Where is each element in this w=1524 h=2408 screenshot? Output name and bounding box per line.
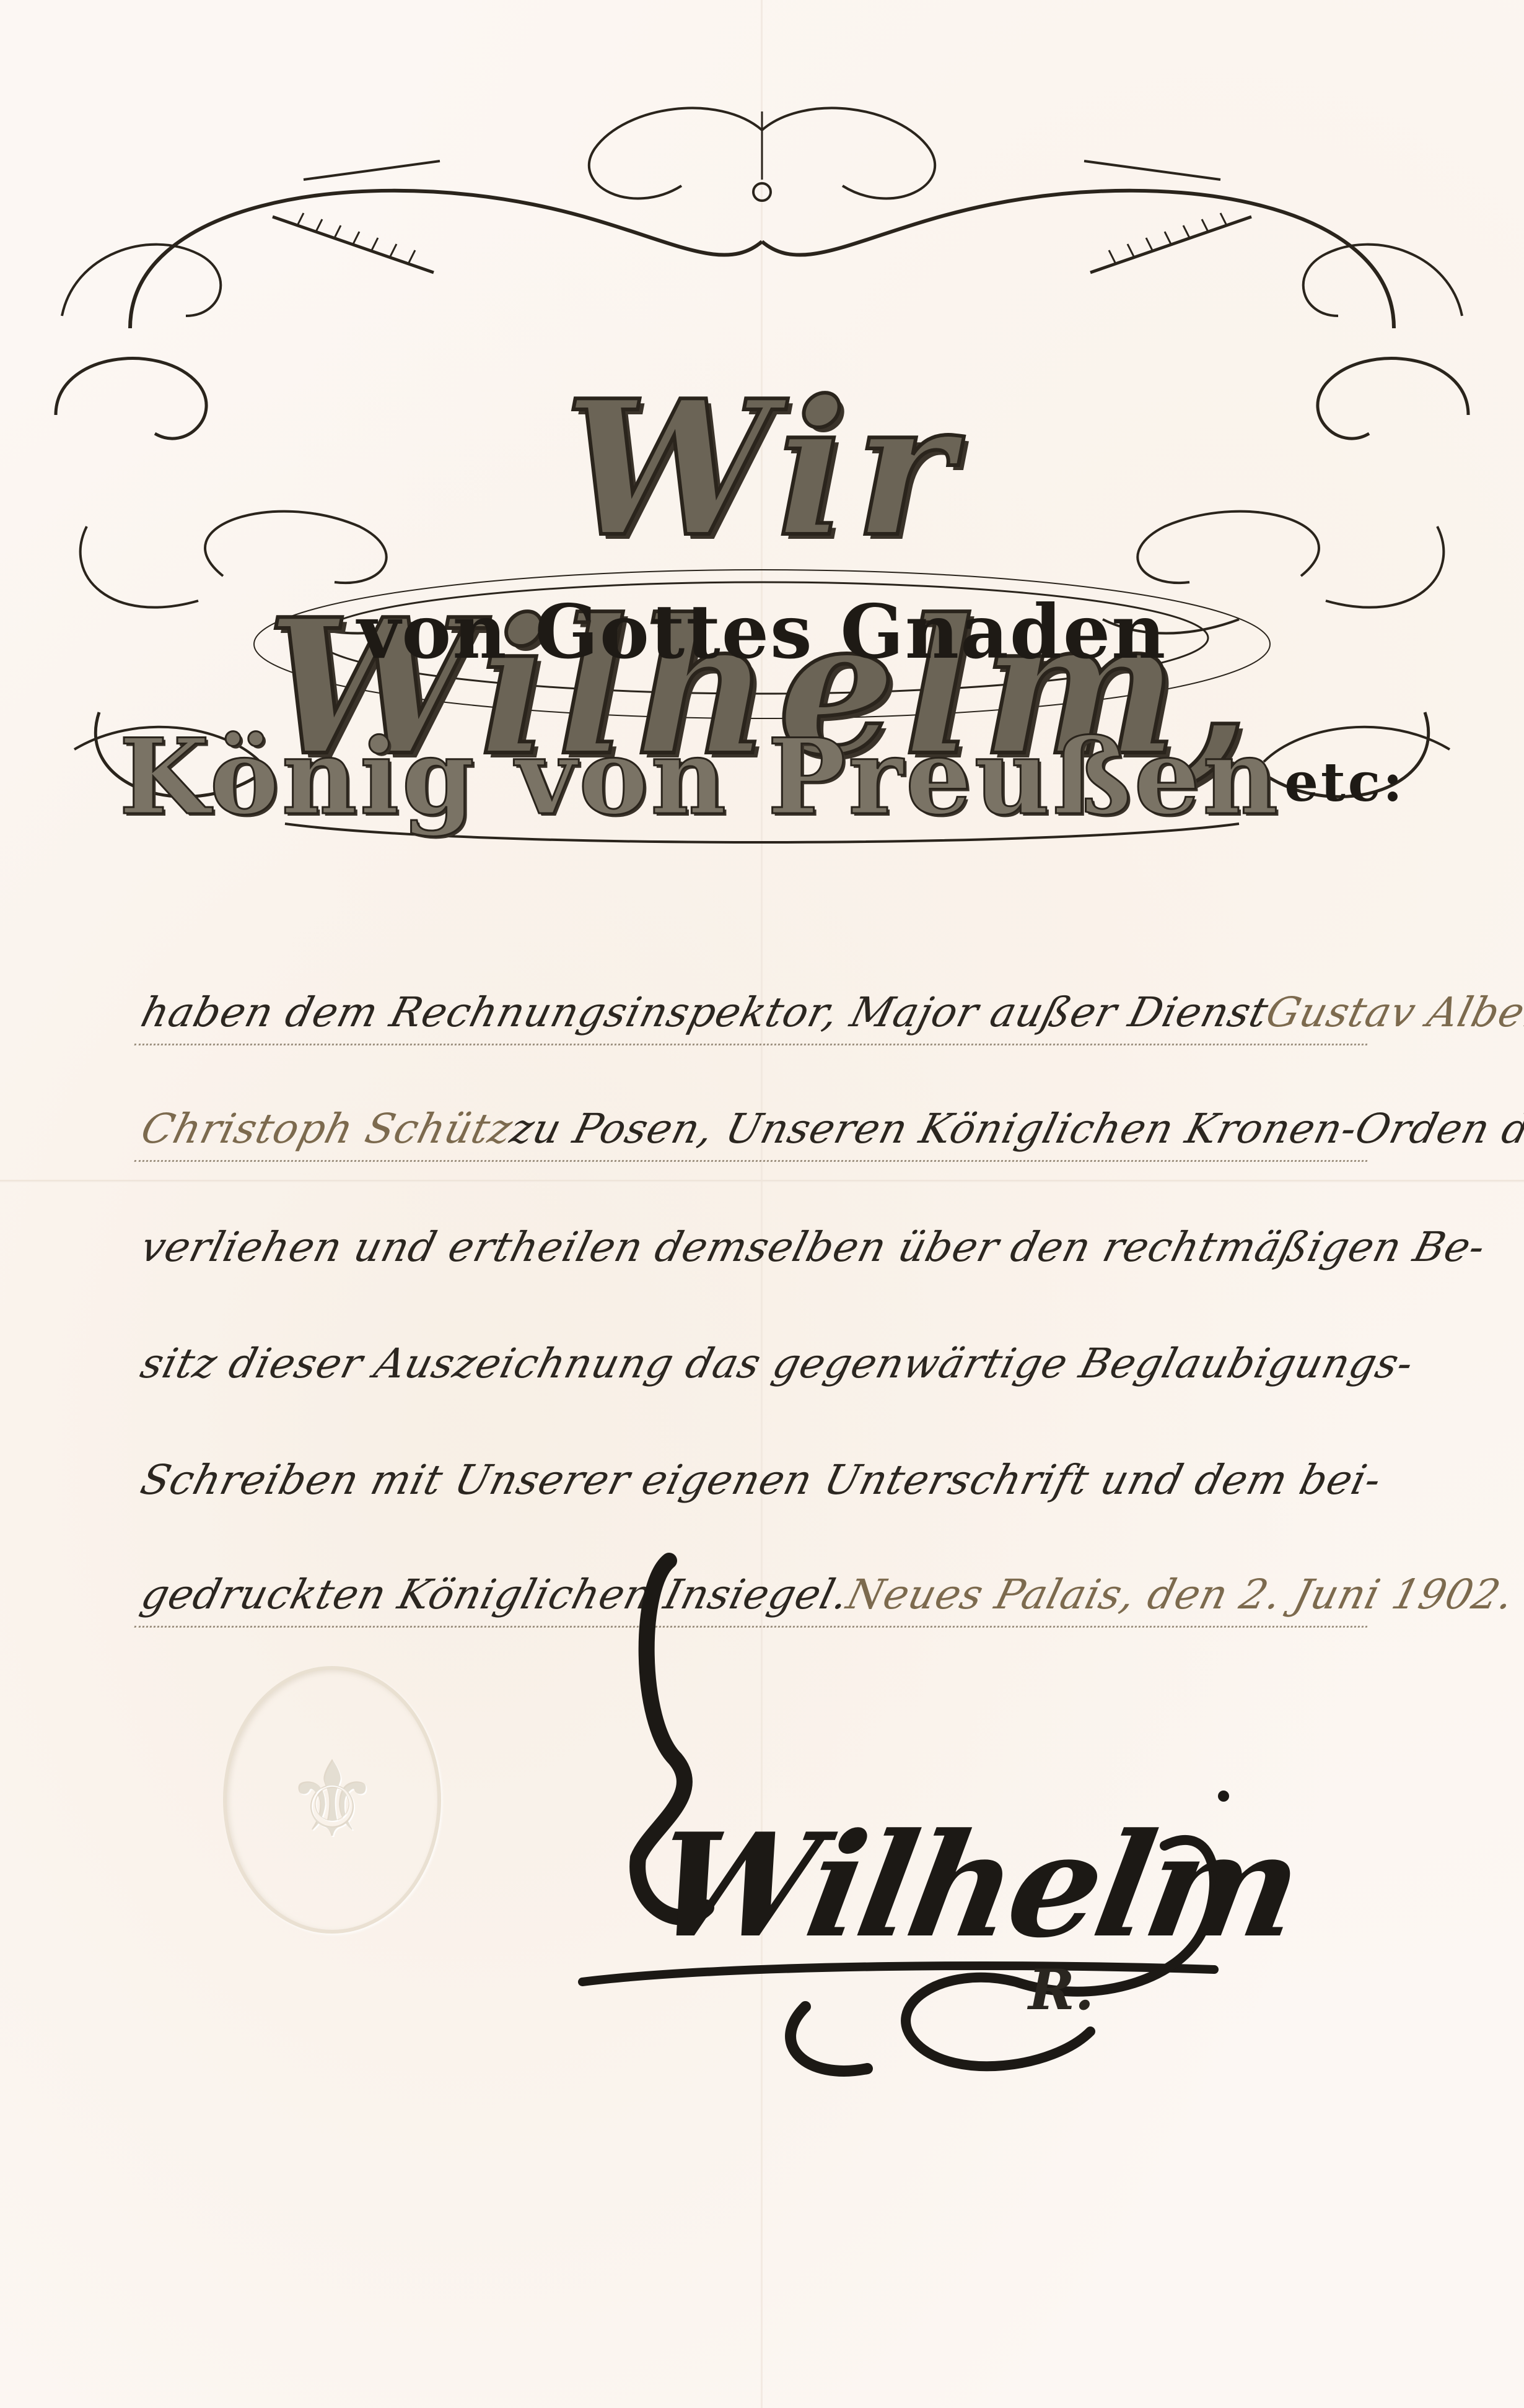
royal-signature: Wilhelm R. bbox=[545, 1536, 1351, 2093]
embossed-seal: ⚜ bbox=[223, 1666, 441, 1934]
body-line-5: Schreiben mit Unserer eigenen Unterschri… bbox=[134, 1395, 1396, 1511]
body-line-5-text: Schreiben mit Unserer eigenen Unterschri… bbox=[136, 1456, 1386, 1504]
body-line-2: Christoph Schütz zu Posen, Unseren König… bbox=[134, 1045, 1396, 1162]
calligraphic-header: Wir Wilhelm, von Gottes Gnaden König von… bbox=[37, 93, 1487, 848]
signature-suffix: R. bbox=[1028, 1957, 1094, 2023]
body-line-1-text: haben dem Rechnungsinspektor, Major auße… bbox=[136, 988, 1273, 1036]
body-line-3: verliehen und ertheilen demselben über d… bbox=[134, 1162, 1396, 1278]
title-koenig-von-preussen: König von Preußenetc: bbox=[37, 715, 1487, 838]
subtitle-von-gottes-gnaden: von Gottes Gnaden bbox=[37, 588, 1487, 676]
body-line-4-text: sitz dieser Auszeichnung das gegenwärtig… bbox=[136, 1340, 1419, 1387]
body-line-1: haben dem Rechnungsinspektor, Major auße… bbox=[134, 929, 1396, 1045]
body-line-3-text: verliehen und ertheilen demselben über d… bbox=[136, 1223, 1491, 1271]
certificate-body: haben dem Rechnungsinspektor, Major auße… bbox=[149, 929, 1382, 1628]
body-line-4: sitz dieser Auszeichnung das gegenwärtig… bbox=[134, 1278, 1396, 1395]
king-line: König von Preußen bbox=[119, 715, 1281, 838]
etc-text: etc: bbox=[1284, 751, 1405, 814]
recipient-surname: Christoph Schütz bbox=[136, 1105, 517, 1153]
body-line-2-text: zu Posen, Unseren Königlichen Kronen-Ord… bbox=[506, 1105, 1524, 1153]
signature-name: Wilhelm bbox=[642, 1802, 1310, 1970]
recipient-first-names: Gustav Albert bbox=[1261, 988, 1524, 1036]
coat-of-arms-icon: ⚜ bbox=[285, 1738, 379, 1861]
